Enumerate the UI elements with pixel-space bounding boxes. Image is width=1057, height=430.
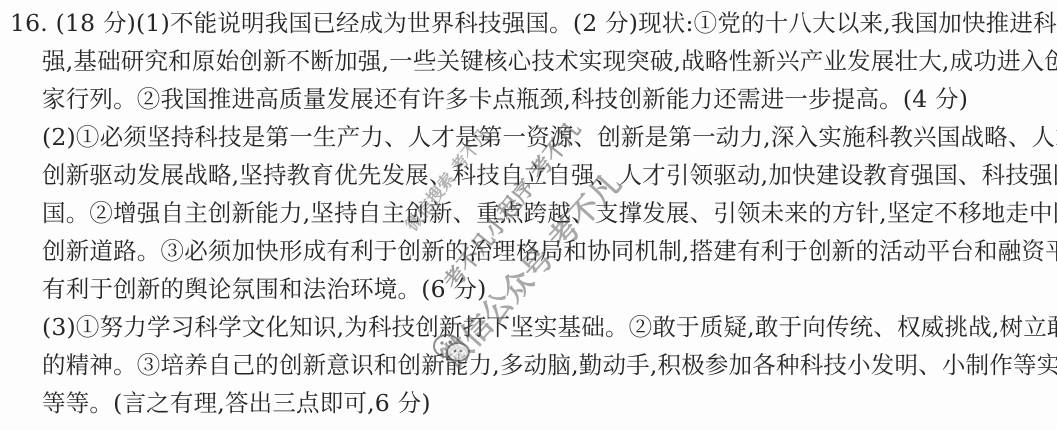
answer-line-8: 有利于创新的舆论氛围和法治环境。(6 分) <box>42 274 1038 304</box>
answer-line-3: 家行列。②我国推进高质量发展还有许多卡点瓶颈,科技创新能力还需进一步提高。(4 … <box>42 84 1038 114</box>
answer-line-4: (2)①必须坚持科技是第一生产力、人才是第一资源、创新是第一动力,深入实施科教兴… <box>42 122 1038 152</box>
answer-line-7: 创新道路。③必须加快形成有利于创新的治理格局和协同机制,搭建有利于创新的活动平台… <box>42 236 1038 266</box>
answer-line-10: 的精神。③培养自己的创新意识和创新能力,多动脑,勤动手,积极参加各种科技小发明、… <box>42 350 1038 380</box>
answer-line-2: 强,基础研究和原始创新不断加强,一些关键核心技术实现突破,战略性新兴产业发展壮大… <box>42 46 1038 76</box>
answer-line-11: 等等。(言之有理,答出三点即可,6 分) <box>42 388 1038 418</box>
watermark-official-account: 微信公众号 考不凡 <box>429 161 629 377</box>
answer-line-1: 16. (18 分)(1)不能说明我国已经成为世界科技强国。(2 分)现状:①党… <box>10 8 1038 38</box>
answer-line-5: 创新驱动发展战略,坚持教育优先发展、科技自立自强、人才引领驱动,加快建设教育强国… <box>42 160 1038 190</box>
answer-document: 16. (18 分)(1)不能说明我国已经成为世界科技强国。(2 分)现状:①党… <box>0 0 1057 430</box>
answer-line-6: 国。②增强自主创新能力,坚持自主创新、重点跨越、支撑发展、引领未来的方针,坚定不… <box>42 198 1038 228</box>
answer-line-9: (3)①努力学习科学文化知识,为科技创新打下坚实基础。②敢于质疑,敢于向传统、权… <box>42 312 1038 342</box>
